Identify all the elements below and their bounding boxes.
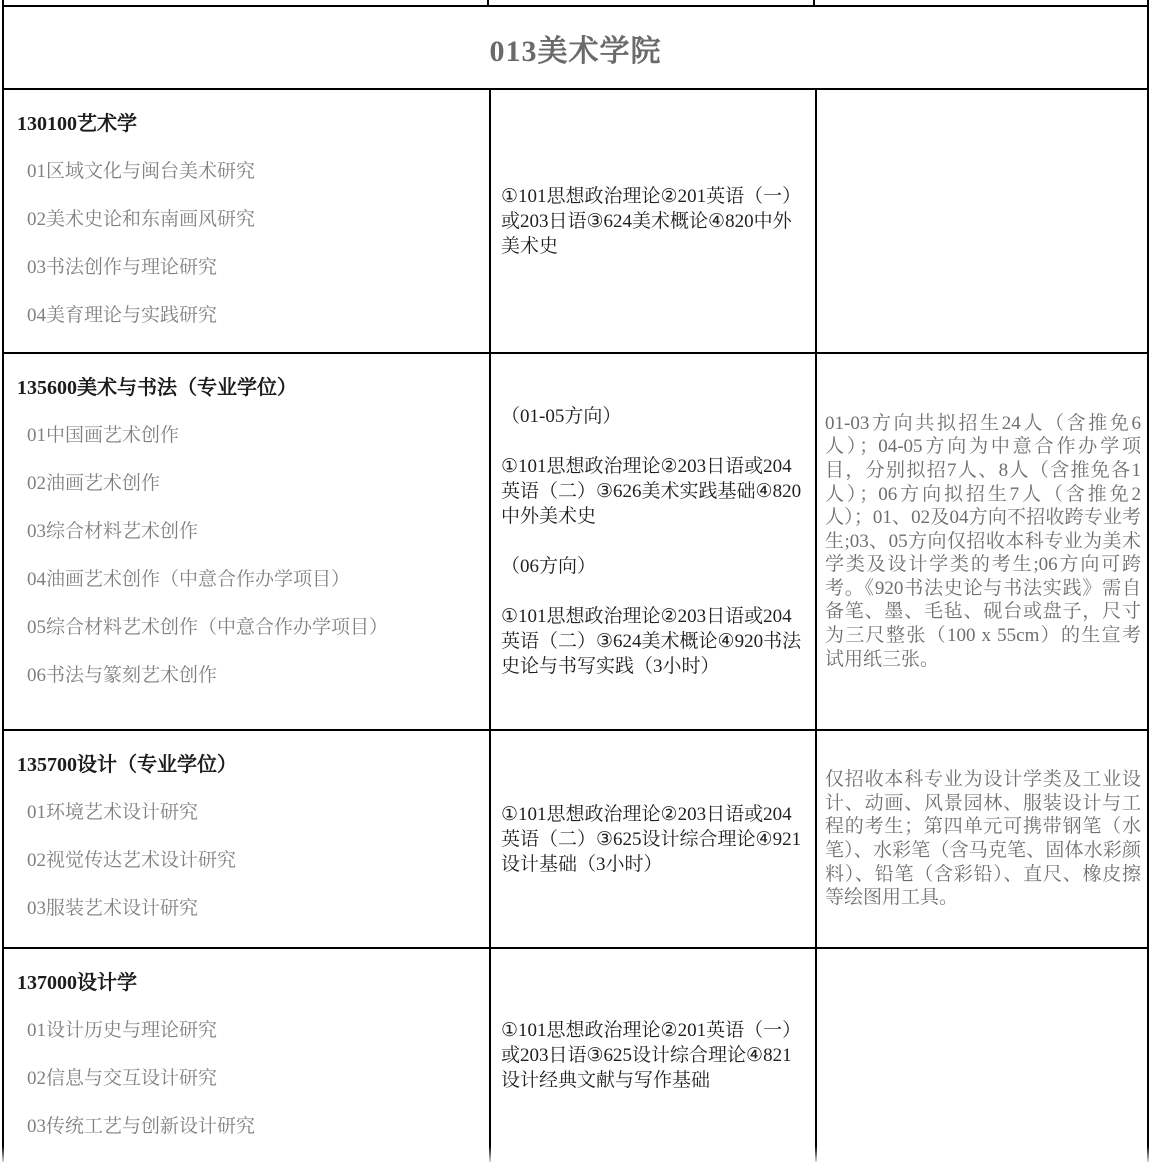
direction-item: 04美育理论与实践研究 [27, 302, 477, 330]
exam-paragraph: ①101思想政治理论②203日语或204英语（二）③625设计综合理论④921设… [501, 802, 807, 877]
program-cell: 130100艺术学 01区域文化与闽台美术研究 02美术史论和东南画风研究 03… [4, 90, 489, 352]
exam-paragraph: ①101思想政治理论②201英语（一）或203日语③625设计综合理论④821设… [501, 1018, 807, 1093]
exam-paragraph: ①101思想政治理论②203日语或204英语（二）③624美术概论④920书法史… [501, 604, 807, 679]
notes-cell: 仅招收本科专业为设计学类及工业设计、动画、风景园林、服装设计与工程的考生；第四单… [815, 731, 1147, 947]
notes-cell [815, 949, 1147, 1162]
college-header-row: 013美术学院 [4, 7, 1147, 90]
program-cell: 135700设计（专业学位） 01环境艺术设计研究 02视觉传达艺术设计研究 0… [4, 731, 489, 947]
exam-subjects-cell: ①101思想政治理论②201英语（一）或203日语③624美术概论④820中外美… [489, 90, 815, 352]
direction-item: 03书法创作与理论研究 [27, 254, 477, 282]
direction-item: 01中国画艺术创作 [27, 422, 477, 450]
program-cell: 137000设计学 01设计历史与理论研究 02信息与交互设计研究 03传统工艺… [4, 949, 489, 1162]
program-code-title: 130100艺术学 [17, 110, 477, 138]
exam-paragraph: （06方向） [501, 554, 807, 579]
program-row-130100: 130100艺术学 01区域文化与闽台美术研究 02美术史论和东南画风研究 03… [4, 90, 1147, 354]
program-row-135600: 135600美术与书法（专业学位） 01中国画艺术创作 02油画艺术创作 03综… [4, 354, 1147, 731]
direction-item: 03综合材料艺术创作 [27, 518, 477, 546]
program-row-137000: 137000设计学 01设计历史与理论研究 02信息与交互设计研究 03传统工艺… [4, 949, 1147, 1162]
exam-paragraph: （01-05方向） [501, 404, 807, 429]
direction-item: 03服装艺术设计研究 [27, 895, 477, 923]
exam-subjects-cell: ①101思想政治理论②203日语或204英语（二）③625设计综合理论④921设… [489, 731, 815, 947]
direction-item: 02美术史论和东南画风研究 [27, 206, 477, 234]
notes-text: 仅招收本科专业为设计学类及工业设计、动画、风景园林、服装设计与工程的考生；第四单… [825, 768, 1141, 910]
program-cell: 135600美术与书法（专业学位） 01中国画艺术创作 02油画艺术创作 03综… [4, 354, 489, 729]
program-code-title: 135700设计（专业学位） [17, 751, 477, 779]
program-code-title: 137000设计学 [17, 969, 477, 997]
direction-item: 02油画艺术创作 [27, 470, 477, 498]
exam-paragraph: ①101思想政治理论②203日语或204英语（二）③626美术实践基础④820中… [501, 454, 807, 529]
exam-subjects-cell: （01-05方向） ①101思想政治理论②203日语或204英语（二）③626美… [489, 354, 815, 729]
notes-text: 01-03方向共拟招生24人（含推免6人）；04-05方向为中意合作办学项目，分… [825, 412, 1141, 672]
direction-item: 02视觉传达艺术设计研究 [27, 847, 477, 875]
program-row-135700: 135700设计（专业学位） 01环境艺术设计研究 02视觉传达艺术设计研究 0… [4, 731, 1147, 949]
exam-subjects-cell: ①101思想政治理论②201英语（一）或203日语③625设计综合理论④821设… [489, 949, 815, 1162]
direction-item: 01设计历史与理论研究 [27, 1017, 477, 1045]
program-code-title: 135600美术与书法（专业学位） [17, 374, 477, 402]
direction-item: 04油画艺术创作（中意合作办学项目） [27, 566, 477, 594]
direction-item: 06书法与篆刻艺术创作 [27, 662, 477, 690]
college-title: 013美术学院 [490, 26, 662, 70]
notes-cell [815, 90, 1147, 352]
direction-item: 01区域文化与闽台美术研究 [27, 158, 477, 186]
direction-item: 01环境艺术设计研究 [27, 799, 477, 827]
direction-item: 02信息与交互设计研究 [27, 1065, 477, 1093]
notes-cell: 01-03方向共拟招生24人（含推免6人）；04-05方向为中意合作办学项目，分… [815, 354, 1147, 729]
direction-item: 03传统工艺与创新设计研究 [27, 1113, 477, 1141]
admissions-table: 013美术学院 130100艺术学 01区域文化与闽台美术研究 02美术史论和东… [2, 5, 1149, 1162]
direction-item: 05综合材料艺术创作（中意合作办学项目） [27, 614, 477, 642]
exam-paragraph: ①101思想政治理论②201英语（一）或203日语③624美术概论④820中外美… [501, 184, 807, 259]
